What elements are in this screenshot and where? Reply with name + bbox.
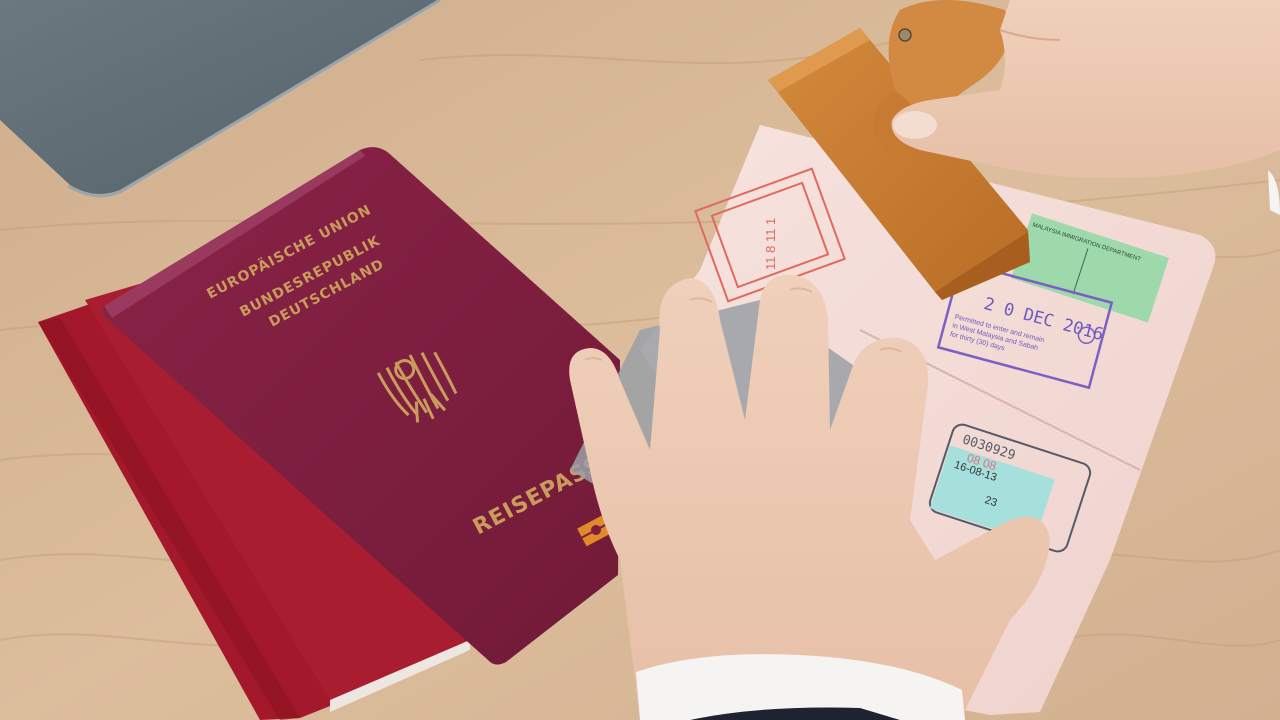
red-stamp-digits: 11 8 11 1 <box>763 218 778 270</box>
photo-scene: EUROPÄISCHE UNION BUNDESREPUBLIK DEUTSCH… <box>0 0 1280 720</box>
photo-canvas: EUROPÄISCHE UNION BUNDESREPUBLIK DEUTSCH… <box>0 0 1280 720</box>
stamp-handle-screw <box>899 29 911 41</box>
